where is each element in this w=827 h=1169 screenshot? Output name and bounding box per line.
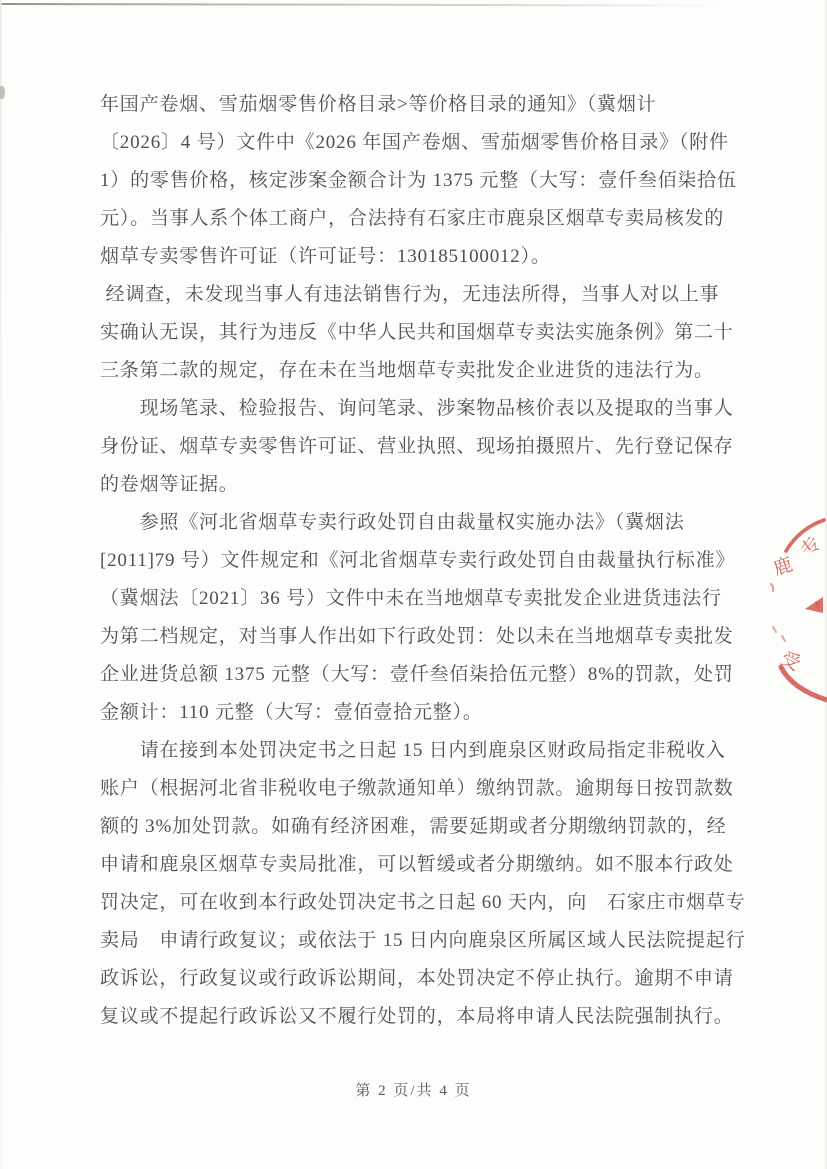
text-line: 三条第二款的规定，存在未在当地烟草专卖批发企业进货的违法行为。	[100, 352, 740, 390]
seal-star-tip	[805, 597, 823, 613]
text-line: 卖局 申请行政复议；或依法于 15 日内向鹿泉区所属区域人民法院提起行	[100, 922, 740, 960]
page-number: 第 2 页/共 4 页	[355, 1083, 471, 1099]
text-line: 申请和鹿泉区烟草专卖局批准，可以暂缓或者分期缴纳。如不服本行政处	[100, 846, 740, 884]
scan-artifact-left-edge	[0, 0, 2, 1169]
seal-character: 专	[797, 532, 826, 561]
text-line: [2011]79 号）文件规定和《河北省烟草专卖行政处罚自由裁量执行标准》	[100, 542, 740, 580]
text-line: 额的 3%加处罚款。如确有经济困难，需要延期或者分期缴纳罚款的，经	[100, 808, 740, 846]
text-line: 金额计：110 元整（大写：壹佰壹拾元整）。	[100, 694, 740, 732]
scan-artifact-top-edge	[0, 3, 827, 7]
text-line: 烟草专卖零售许可证（许可证号：130185100012）。	[100, 238, 740, 276]
text-line: 账户（根据河北省非税收电子缴款通知单）缴纳罚款。逾期每日按罚款数	[100, 770, 740, 808]
text-line: 经调查，未发现当事人有违法销售行为，无违法所得，当事人对以上事	[100, 276, 740, 314]
text-line: 参照《河北省烟草专卖行政处罚自由裁量权实施办法》（冀烟法	[100, 504, 740, 542]
document-page: 年国产卷烟、雪茄烟零售价格目录>等价格目录的通知》（冀烟计 〔2026〕4 号）…	[0, 0, 827, 1169]
text-line: 1）的零售价格，核定涉案金额合计为 1375 元整（大写：壹仟叁佰柒拾伍	[100, 162, 740, 200]
page-footer: 第 2 页/共 4 页	[0, 1080, 827, 1102]
text-line: 企业进货总额 1375 元整（大写：壹仟叁佰柒拾伍元整）8%的罚款，处罚	[100, 656, 740, 694]
official-seal-fragment: 专 鹿 受	[760, 505, 827, 715]
text-line: 罚决定，可在收到本行政处罚决定书之日起 60 天内，向 石家庄市烟草专	[100, 884, 740, 922]
text-line: 实确认无误，其行为违反《中华人民共和国烟草专卖法实施条例》第二十	[100, 314, 740, 352]
text-line: 复议或不提起行政诉讼又不履行处罚的，本局将申请人民法院强制执行。	[100, 998, 740, 1036]
scan-artifact-left-mark	[0, 86, 5, 99]
text-line: 请在接到本处罚决定书之日起 15 日内到鹿泉区财政局指定非税收入	[100, 732, 740, 770]
text-line: （冀烟法〔2021〕36 号）文件中未在当地烟草专卖批发企业进货违法行	[100, 580, 740, 618]
body-text: 年国产卷烟、雪茄烟零售价格目录>等价格目录的通知》（冀烟计 〔2026〕4 号）…	[100, 86, 740, 1036]
text-line: 身份证、烟草专卖零售许可证、营业执照、现场拍摄照片、先行登记保存	[100, 428, 740, 466]
text-line: 年国产卷烟、雪茄烟零售价格目录>等价格目录的通知》（冀烟计	[100, 86, 740, 124]
text-line: 的卷烟等证据。	[100, 466, 740, 504]
text-line: 〔2026〕4 号）文件中《2026 年国产卷烟、雪茄烟零售价格目录》（附件	[100, 124, 740, 162]
seal-character: 鹿	[771, 553, 796, 580]
text-line: 为第二档规定，对当事人作出如下行政处罚：处以未在当地烟草专卖批发	[100, 618, 740, 656]
text-line: 元）。当事人系个体工商户，合法持有石家庄市鹿泉区烟草专卖局核发的	[100, 200, 740, 238]
text-line: 现场笔录、检验报告、询问笔录、涉案物品核价表以及提取的当事人	[100, 390, 740, 428]
text-line: 政诉讼，行政复议或行政诉讼期间，本处罚决定不停止执行。逾期不申请	[100, 960, 740, 998]
